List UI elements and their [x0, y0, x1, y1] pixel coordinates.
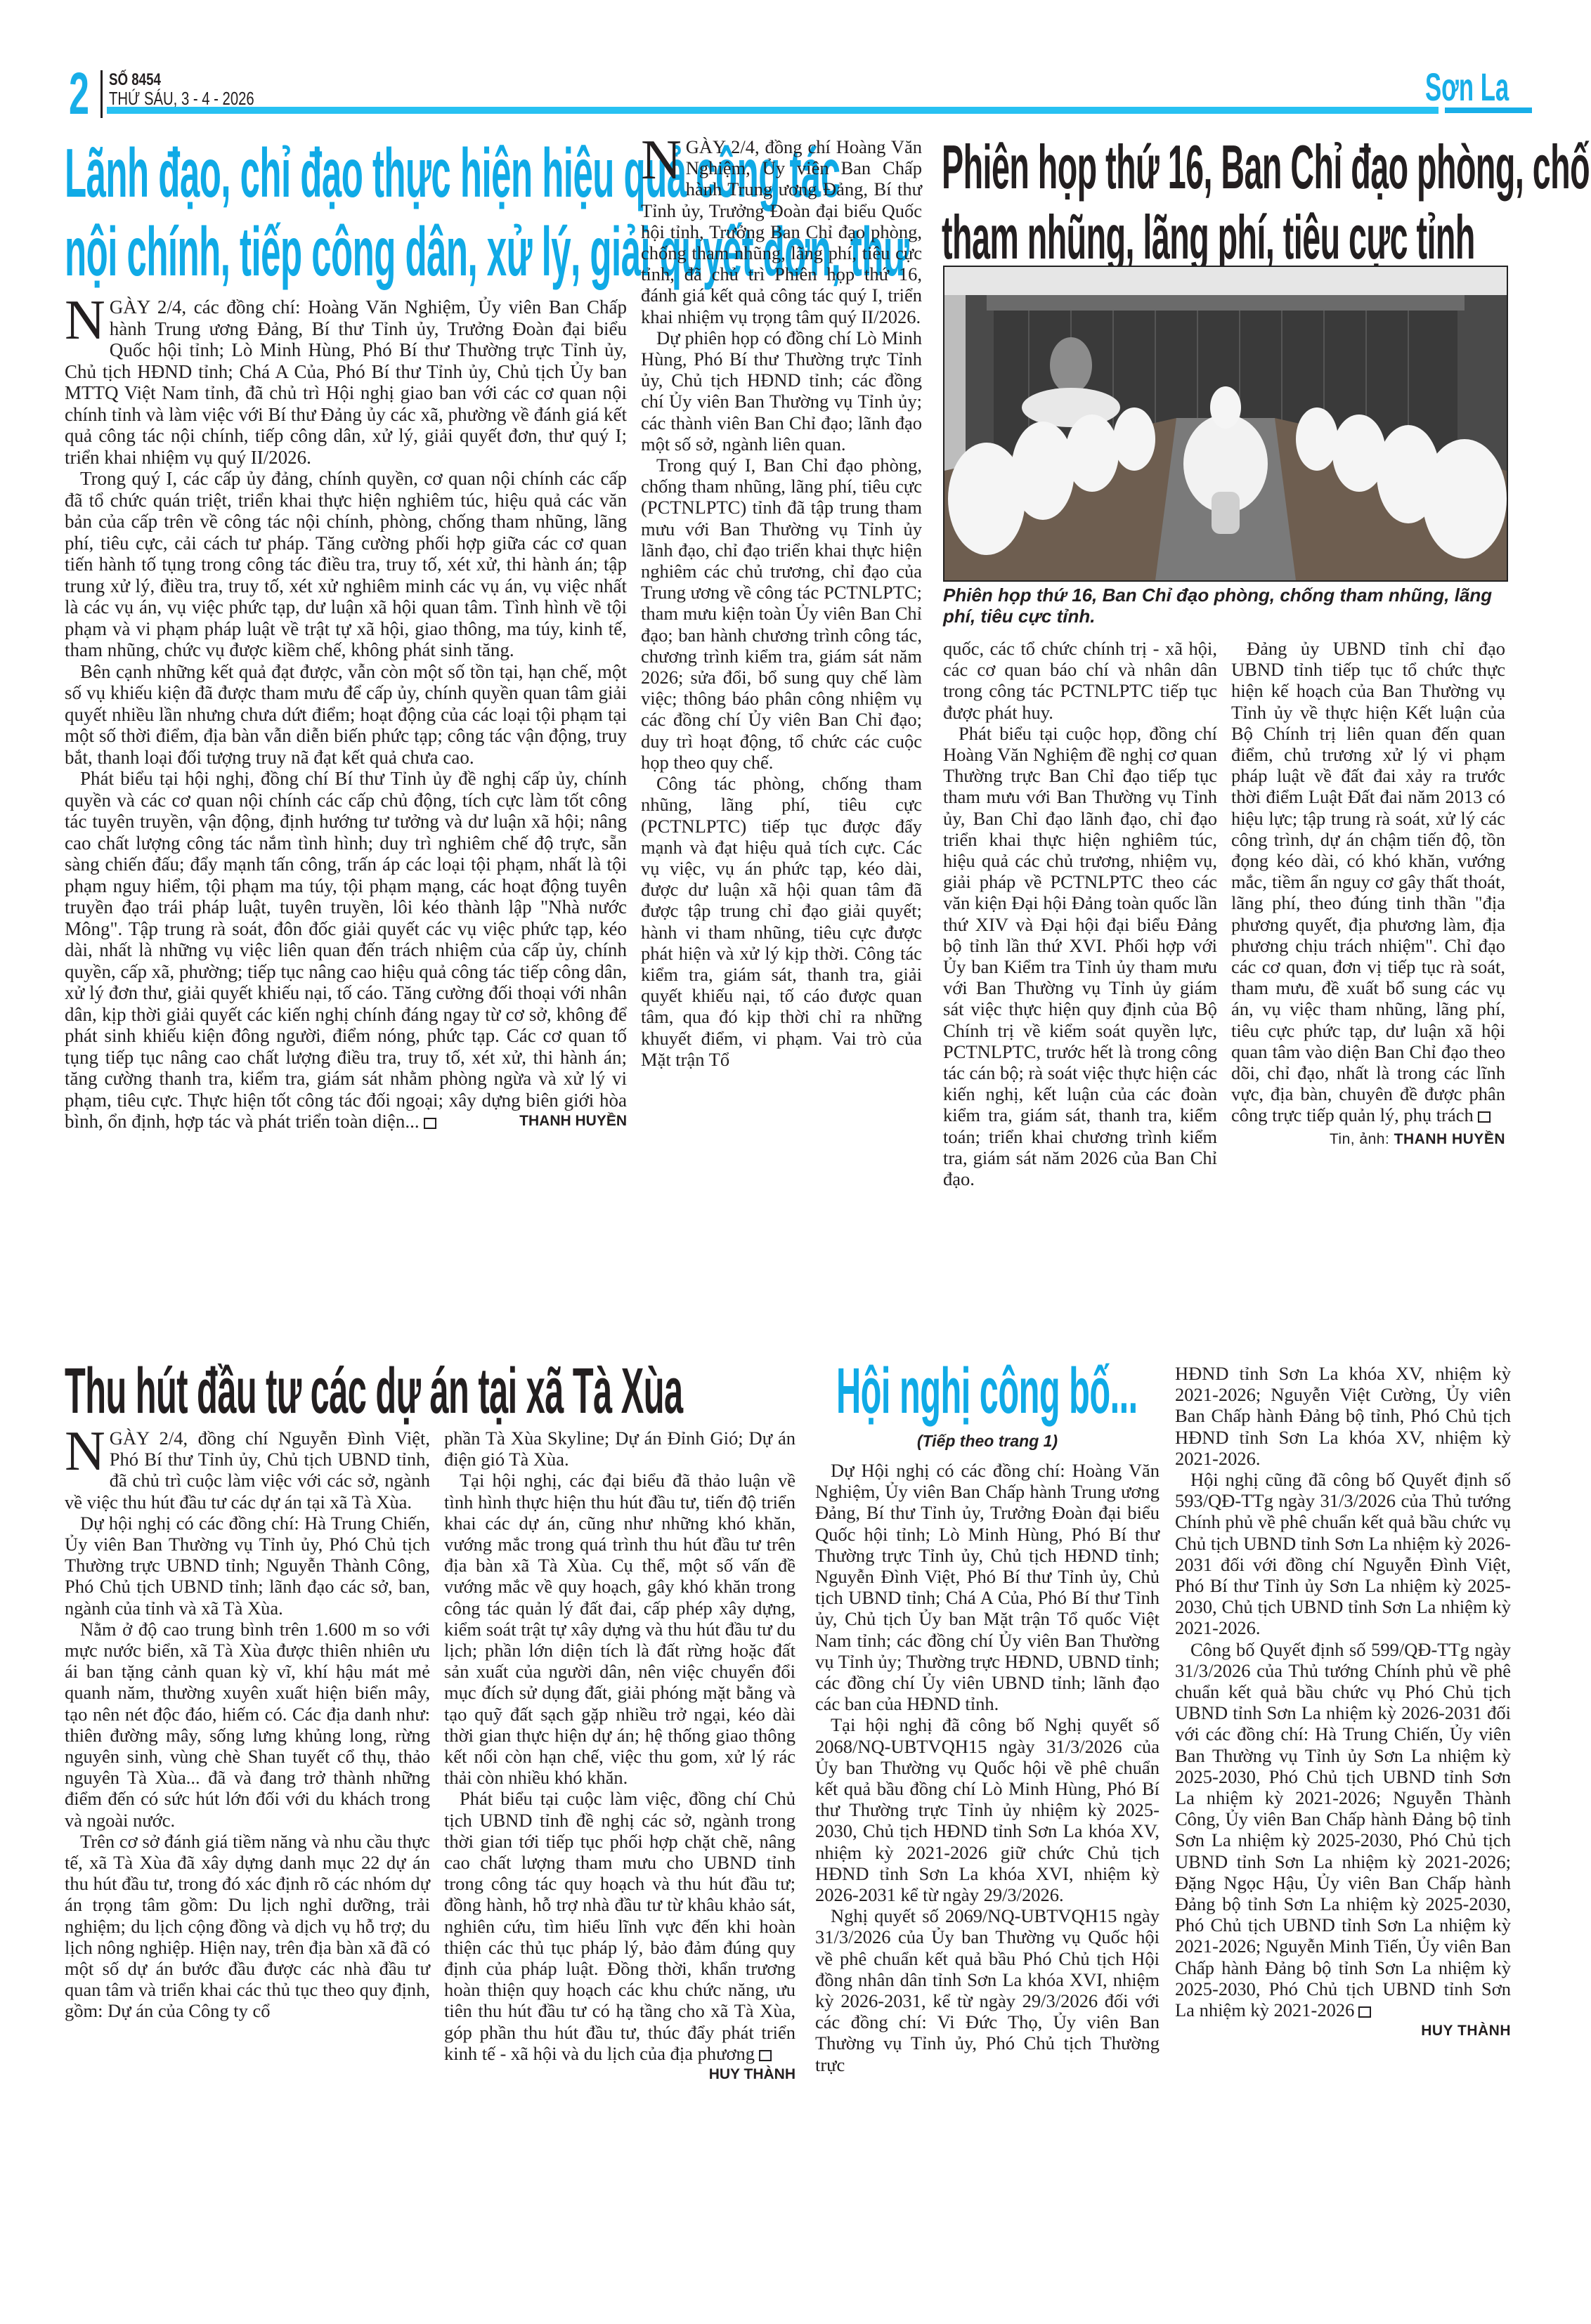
dropcap: N [65, 1429, 105, 1474]
article2-paragraph: Công tác phòng, chống tham nhũng, lãng p… [641, 773, 922, 1070]
article4-paragraph: Hội nghị cũng đã công bố Quyết định số 5… [1175, 1469, 1511, 1639]
meeting-room-image [944, 267, 1507, 580]
article3-paragraph: Tại hội nghị, các đại biểu đã thảo luận … [444, 1470, 795, 1788]
article4-byline: HUY THÀNH [1175, 2021, 1511, 2042]
article2-byline: Tin, ảnh: THANH HUYỀN [1231, 1129, 1505, 1150]
issue-number: SỐ 8454 [109, 71, 161, 89]
article3-paragraph: Dự hội nghị có các đồng chí: Hà Trung Ch… [65, 1513, 430, 1619]
article2-column-3: Đảng ủy UBND tỉnh chỉ đạo UBND tỉnh tiếp… [1231, 638, 1505, 1150]
article2-paragraph: Dự phiên họp có đồng chí Lò Minh Hùng, P… [641, 327, 922, 455]
end-mark-icon [424, 1118, 436, 1129]
article1-paragraph: Phát biểu tại hội nghị, đồng chí Bí thư … [65, 768, 627, 1132]
article4-paragraph: HĐND tỉnh Sơn La khóa XV, nhiệm kỳ 2021-… [1175, 1363, 1511, 1469]
masthead-divider [100, 70, 103, 118]
article1-byline: THANH HUYỀN [504, 1111, 627, 1132]
article1-lead: NGÀY 2/4, các đồng chí: Hoàng Văn Nghiệm… [65, 296, 627, 468]
masthead-bar [107, 107, 1439, 114]
article4-paragraph: Nghị quyết số 2069/NQ-UBTVQH15 ngày 31/3… [815, 1905, 1160, 2075]
article3-paragraph: Nằm ở độ cao trung bình trên 1.600 m so … [65, 1619, 430, 1831]
photo-caption: Phiên họp thứ 16, Ban Chỉ đạo phòng, chố… [943, 585, 1505, 627]
article1-body: NGÀY 2/4, các đồng chí: Hoàng Văn Nghiệm… [65, 296, 627, 1132]
article2-column-2: quốc, các tổ chức chính trị - xã hội, cá… [943, 638, 1217, 1189]
article2-paragraph: Phát biểu tại cuộc họp, đồng chí Hoàng V… [943, 723, 1217, 1189]
continued-from-page-1: (Tiếp theo trang 1) [815, 1430, 1160, 1451]
end-mark-icon [1478, 1111, 1491, 1123]
end-mark-icon [1358, 2006, 1371, 2018]
article4-column-1: Dự Hội nghị có các đồng chí: Hoàng Văn N… [815, 1460, 1160, 2075]
article2-headline: Phiên họp thứ 16, Ban Chỉ đạo phòng, chố… [942, 132, 1591, 273]
page-number: 2 [69, 70, 89, 117]
article2-lead: NGÀY 2/4, đồng chí Hoàng Văn Nghiệm, Ủy … [641, 136, 922, 327]
article2-paragraph: quốc, các tổ chức chính trị - xã hội, cá… [943, 638, 1217, 723]
article3-paragraph: Trên cơ sở đánh giá tiềm năng và nhu cầu… [65, 1831, 430, 2022]
section-brand: Sơn La [1425, 67, 1509, 107]
dropcap: N [641, 138, 682, 183]
issue-date: THỨ SÁU, 3 - 4 - 2026 [109, 89, 254, 108]
article4-headline: Hội nghị công bố... [836, 1356, 1138, 1426]
article3-paragraph: Phát biểu tại cuộc làm việc, đồng chí Ch… [444, 1788, 795, 2064]
brand-underline [1445, 107, 1532, 113]
article3-column-2: phần Tà Xùa Skyline; Dự án Đỉnh Gió; Dự … [444, 1428, 795, 2085]
article4-paragraph: Công bố Quyết định số 599/QĐ-TTg ngày 31… [1175, 1639, 1511, 2021]
article2-paragraph: Đảng ủy UBND tỉnh chỉ đạo UBND tỉnh tiếp… [1231, 638, 1505, 1126]
article3-paragraph: phần Tà Xùa Skyline; Dự án Đỉnh Gió; Dự … [444, 1428, 795, 1470]
article3-lead: NGÀY 2/4, đồng chí Nguyễn Đình Việt, Phó… [65, 1428, 430, 1513]
article4-column-2: HĐND tỉnh Sơn La khóa XV, nhiệm kỳ 2021-… [1175, 1363, 1511, 2042]
article4-paragraph: Tại hội nghị đã công bố Nghị quyết số 20… [815, 1714, 1160, 1905]
article3-headline: Thu hút đầu tư các dự án tại xã Tà Xùa [65, 1356, 683, 1426]
meeting-photo [943, 266, 1508, 582]
article3-column-1: NGÀY 2/4, đồng chí Nguyễn Đình Việt, Phó… [65, 1428, 430, 2022]
article3-byline: HUY THÀNH [694, 2064, 795, 2085]
article4-paragraph: Dự Hội nghị có các đồng chí: Hoàng Văn N… [815, 1460, 1160, 1714]
article2-paragraph: Trong quý I, Ban Chỉ đạo phòng, chống th… [641, 455, 922, 773]
dropcap: N [65, 298, 105, 343]
article2-lead-column: NGÀY 2/4, đồng chí Hoàng Văn Nghiệm, Ủy … [641, 136, 922, 1070]
article1-paragraph: Trong quý I, các cấp ủy đảng, chính quyề… [65, 468, 627, 661]
article1-paragraph: Bên cạnh những kết quả đạt được, vẫn còn… [65, 661, 627, 769]
end-mark-icon [759, 2050, 772, 2061]
